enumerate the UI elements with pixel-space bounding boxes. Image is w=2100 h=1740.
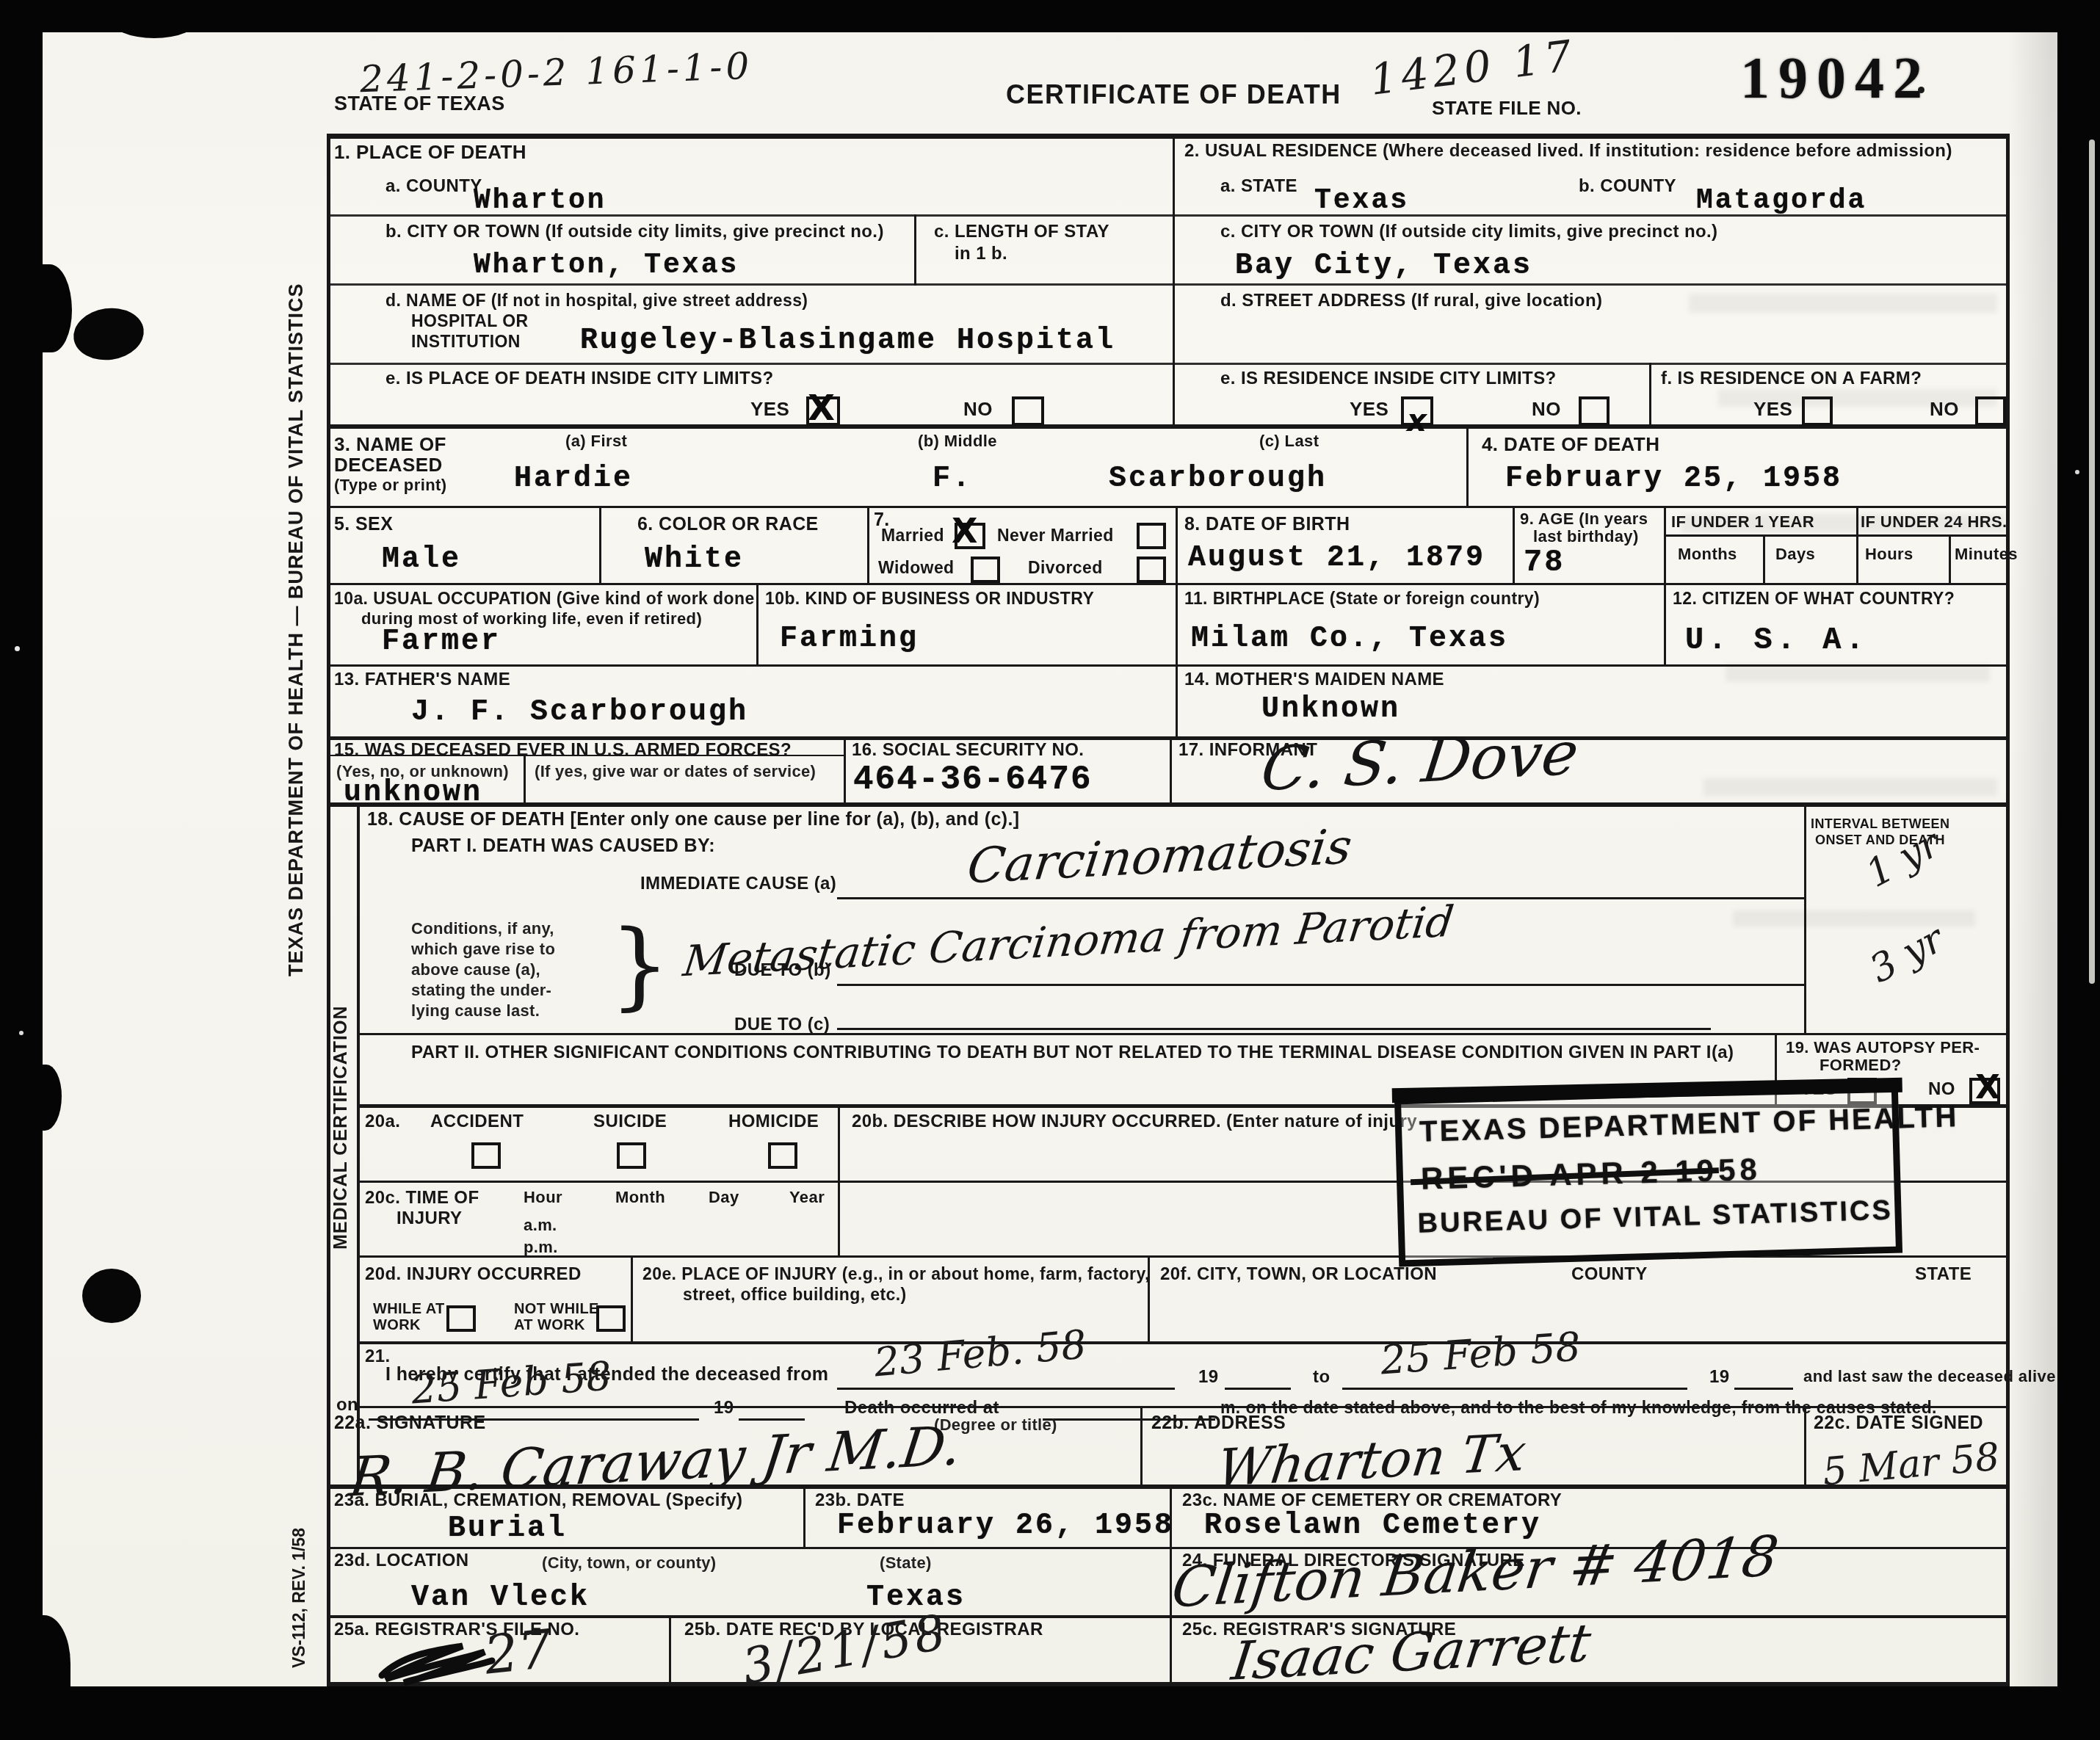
received-stamp: TEXAS DEPARTMENT OF HEALTH REC'D APR 2 1… [1394, 1084, 1902, 1266]
s4-value: February 25, 1958 [1505, 463, 1842, 496]
vline [867, 506, 869, 585]
vline [669, 1615, 671, 1684]
s15-value: unknown [344, 777, 482, 810]
s20a-accident-label: ACCIDENT [430, 1112, 524, 1132]
scan-speck [2075, 470, 2079, 474]
s21-blank3b [739, 1418, 805, 1421]
s10b-value: Farming [780, 623, 919, 656]
vline [1804, 802, 1806, 1035]
s2a-value: Texas [1314, 185, 1409, 217]
s1d-sub2: INSTITUTION [411, 332, 521, 352]
s20f-state-label: STATE [1915, 1264, 1972, 1285]
s20d-while-checkbox [446, 1305, 476, 1332]
sidebar-medical-certification-label: MEDICAL CERTIFICATION [330, 1005, 352, 1250]
s11-value: Milam Co., Texas [1191, 623, 1508, 656]
vline [1170, 1615, 1172, 1684]
sidebar-department-label: TEXAS DEPARTMENT OF HEALTH — BUREAU OF V… [285, 283, 308, 977]
s1a-label: a. COUNTY [385, 176, 482, 197]
s20e-label2: street, office building, etc.) [683, 1285, 907, 1305]
vline [1856, 506, 1858, 585]
s3-first-value: Hardie [514, 463, 633, 496]
medical-section-inner-border [357, 802, 360, 1487]
hline [327, 134, 2010, 139]
stamp-line1: TEXAS DEPARTMENT OF HEALTH [1419, 1101, 1959, 1148]
s18-conditions-brace: } [609, 909, 670, 1021]
hline [327, 506, 2008, 508]
s9-under1-label: IF UNDER 1 YEAR [1671, 512, 1814, 532]
s2f-yes-checkbox [1802, 396, 1833, 426]
s1a-value: Wharton [474, 185, 607, 217]
s20f-county-label: COUNTY [1571, 1264, 1648, 1285]
s15-label: 15. WAS DECEASED EVER IN U.S. ARMED FORC… [334, 740, 792, 761]
vline [756, 583, 758, 667]
s7-married-mark: X [952, 511, 977, 551]
s9-hours-label: Hours [1865, 545, 1913, 564]
s9-label1: 9. AGE (In years [1520, 510, 1648, 529]
s7-never-married-label: Never Married [997, 526, 1114, 545]
s20b-label: 20b. DESCRIBE HOW INJURY OCCURRED. (Ente… [852, 1112, 1417, 1132]
s7-widowed-label: Widowed [878, 558, 955, 578]
s18-part1: PART I. DEATH WAS CAUSED BY: [411, 835, 715, 857]
s1e-label: e. IS PLACE OF DEATH INSIDE CITY LIMITS? [385, 369, 773, 389]
s20a-homicide-label: HOMICIDE [728, 1112, 819, 1132]
s23b-value: February 26, 1958 [837, 1509, 1174, 1543]
s1-title: 1. PLACE OF DEATH [334, 141, 526, 164]
hline [357, 1341, 2009, 1344]
s10b-label: 10b. KIND OF BUSINESS OR INDUSTRY [765, 589, 1094, 609]
s20a-suicide-checkbox [617, 1142, 646, 1169]
scan-speck [15, 646, 20, 651]
scanned-death-certificate: 241-2-0-2 161-1-0 STATE OF TEXAS CERTIFI… [0, 0, 2100, 1740]
s2b-value: Matagorda [1696, 185, 1867, 217]
s20d-notwhile-checkbox [596, 1305, 626, 1332]
s2e-label: e. IS RESIDENCE INSIDE CITY LIMITS? [1220, 369, 1557, 389]
s2c-value: Bay City, Texas [1235, 250, 1532, 283]
s20a-accident-checkbox [471, 1142, 501, 1169]
s7-divorced-checkbox [1137, 557, 1166, 583]
vline [1513, 506, 1515, 585]
hline [327, 424, 2010, 429]
s21-blank1b [1225, 1388, 1291, 1390]
s7-never-married-checkbox [1137, 523, 1166, 549]
scan-streak [2089, 139, 2095, 984]
s3-first-label: (a) First [565, 432, 627, 451]
s22a-label: 22a. SIGNATURE [334, 1413, 486, 1434]
scan-border-top [0, 0, 2100, 32]
s22b-label: 22b. ADDRESS [1151, 1413, 1286, 1434]
s19-label2: FORMED? [1820, 1056, 1902, 1075]
bleed-through-artifact [1733, 910, 1975, 927]
scribble-strikeout-icon [374, 1639, 499, 1690]
s23d-label: 23d. LOCATION [334, 1551, 468, 1571]
vline [1649, 363, 1651, 427]
vline [914, 214, 916, 286]
vline [1804, 1406, 1806, 1487]
s15-sub2: (If yes, give war or dates of service) [535, 762, 816, 781]
s20c-day-label: Day [709, 1188, 739, 1207]
s25a-value: 27 [482, 1617, 555, 1686]
s2e-yes-label: YES [1350, 398, 1388, 421]
vline [1176, 506, 1178, 585]
s8-label: 8. DATE OF BIRTH [1184, 514, 1350, 535]
s20f-label: 20f. CITY, TOWN, OR LOCATION [1160, 1264, 1437, 1285]
s18-cond1: Conditions, if any, [411, 919, 554, 938]
s18-due-c-label: DUE TO (c) [734, 1015, 830, 1035]
vline [1170, 736, 1172, 805]
s20c-year-label: Year [789, 1188, 825, 1207]
s18-cond5: lying cause last. [411, 1001, 540, 1021]
scan-speck [19, 1031, 23, 1035]
s1b-value: Wharton, Texas [474, 250, 739, 281]
s14-label: 14. MOTHER'S MAIDEN NAME [1184, 670, 1444, 690]
hline [327, 363, 2008, 365]
s18-cond2: which gave rise to [411, 940, 555, 959]
s23d-sub2: (State) [880, 1554, 932, 1573]
s20d-notwhile2: AT WORK [514, 1317, 585, 1334]
vline [844, 736, 846, 805]
s19-no-mark: X [1975, 1069, 2000, 1106]
form-right-border [2006, 134, 2010, 1684]
s22c-label: 22c. DATE SIGNED [1814, 1413, 1983, 1434]
s4-label: 4. DATE OF DEATH [1482, 433, 1659, 456]
s1d-label: d. NAME OF (If not in hospital, give str… [385, 291, 808, 311]
scan-blob [110, 0, 198, 38]
s20c-month-label: Month [615, 1188, 665, 1207]
s1e-yes-label: YES [750, 398, 789, 421]
s16-label: 16. SOCIAL SECURITY NO. [852, 740, 1084, 761]
sidebar-form-number: VS-112, REV. 1/58 [289, 1528, 309, 1668]
s5-value: Male [382, 543, 461, 576]
s3-middle-value: F. [933, 463, 972, 496]
scan-speck [1918, 87, 1925, 93]
s21-year2: 19 [1709, 1367, 1730, 1388]
s2f-no-checkbox [1975, 396, 2006, 426]
s18-cond4: stating the under- [411, 981, 551, 1000]
s20e-label1: 20e. PLACE OF INJURY (e.g., in or about … [642, 1264, 1150, 1284]
hline [357, 1033, 2009, 1035]
s11-label: 11. BIRTHPLACE (State or foreign country… [1184, 589, 1540, 609]
vline [524, 755, 526, 805]
s2d-label: d. STREET ADDRESS (If rural, give locati… [1220, 291, 1602, 311]
s1e-no-label: NO [963, 398, 993, 421]
vline [1176, 583, 1178, 667]
vline [599, 506, 601, 585]
s2e-no-label: NO [1532, 398, 1561, 421]
s7-divorced-label: Divorced [1028, 558, 1103, 578]
s21-year3: 19 [714, 1398, 734, 1418]
vline [631, 1255, 633, 1344]
s9-days-label: Days [1775, 545, 1815, 564]
s2f-label: f. IS RESIDENCE ON A FARM? [1661, 369, 1922, 389]
stamp-line3: BUREAU OF VITAL STATISTICS [1417, 1195, 1893, 1240]
s1d-sub1: HOSPITAL OR [411, 311, 528, 331]
vline [1763, 534, 1765, 585]
hline [1664, 534, 2006, 537]
paper-edge-shadow [2008, 32, 2060, 1686]
s7-widowed-checkbox [971, 557, 1000, 583]
punch-hole-mark [82, 1269, 141, 1323]
s16-value: 464-36-6476 [853, 761, 1093, 799]
vline [1949, 534, 1951, 585]
s14-value: Unknown [1261, 693, 1400, 726]
s19-label1: 19. WAS AUTOPSY PER- [1786, 1038, 1980, 1057]
s20a-label: 20a. [365, 1112, 400, 1132]
s21-blank2b [1734, 1388, 1793, 1390]
s20a-suicide-label: SUICIDE [593, 1112, 667, 1132]
s12-label: 12. CITIZEN OF WHAT COUNTRY? [1673, 589, 1955, 609]
s9-minutes-label: Minutes [1955, 545, 2018, 564]
bleed-through-artifact [1689, 294, 1997, 313]
s13-label: 13. FATHER'S NAME [334, 670, 510, 690]
s3-title2: DECEASED [334, 454, 443, 476]
s21-blank1 [837, 1388, 1175, 1390]
s19-no-label: NO [1928, 1079, 1955, 1100]
s21-certify-text2: and last saw the deceased alive [1803, 1367, 2056, 1386]
bleed-through-artifact [1703, 778, 1997, 796]
s23d-city-value: Van Vleck [411, 1581, 590, 1614]
cause-a-underline [837, 897, 1804, 899]
s2f-no-label: NO [1930, 398, 1959, 421]
s1c-label: c. LENGTH OF STAY [934, 222, 1109, 242]
state-file-no-label: STATE FILE NO. [1432, 97, 1582, 120]
s13-value: J. F. Scarborough [411, 696, 748, 729]
s18-immediate-cause-label: IMMEDIATE CAUSE (a) [640, 874, 836, 894]
s3-title3: (Type or print) [334, 476, 446, 495]
s1e-yes-mark: X [808, 388, 835, 429]
s2c-label: c. CITY OR TOWN (If outside city limits,… [1220, 222, 1717, 242]
vline [1664, 583, 1666, 667]
s20c-am-label: a.m. [524, 1216, 557, 1235]
s20d-notwhile1: NOT WHILE [514, 1301, 599, 1318]
s3-title1: 3. NAME OF [334, 433, 446, 456]
s2b-label: b. COUNTY [1579, 176, 1676, 197]
vline [1466, 424, 1469, 508]
s21-year1: 19 [1198, 1367, 1219, 1388]
hline [327, 283, 2008, 286]
s1e-no-checkbox [1012, 396, 1044, 426]
s23b-label: 23b. DATE [815, 1490, 905, 1511]
s1c-sub: in 1 b. [955, 244, 1007, 264]
scan-blob [29, 264, 72, 352]
certificate-number-stamp: 19042 [1740, 46, 1931, 112]
s1d-value: Rugeley-Blasingame Hospital [580, 325, 1115, 358]
s20d-label: 20d. INJURY OCCURRED [365, 1264, 582, 1285]
vline [1173, 134, 1175, 427]
s20c-hour-label: Hour [524, 1188, 562, 1207]
vline [803, 1485, 805, 1549]
s21-to: to [1313, 1367, 1330, 1388]
s6-value: White [645, 543, 744, 576]
s23a-value: Burial [448, 1512, 567, 1545]
s20a-homicide-checkbox [768, 1142, 797, 1169]
s3-last-value: Scarborough [1109, 463, 1327, 496]
s7-married-label: Married [881, 526, 944, 545]
form-left-border [327, 134, 330, 1684]
s20c-label2: INJURY [397, 1208, 463, 1229]
s9-months-label: Months [1678, 545, 1737, 564]
vline [838, 1104, 840, 1258]
hline [327, 583, 2008, 585]
vline [1664, 506, 1666, 585]
s18-part2: PART II. OTHER SIGNIFICANT CONDITIONS CO… [411, 1043, 1734, 1063]
s21-blank2 [1342, 1388, 1687, 1390]
s20c-pm-label: p.m. [524, 1238, 558, 1257]
s20d-while1: WHILE AT [373, 1301, 445, 1318]
s2a-label: a. STATE [1220, 176, 1297, 197]
scan-border-bottom [0, 1686, 2100, 1740]
s2f-yes-label: YES [1753, 398, 1792, 421]
cause-b-underline [837, 984, 1804, 986]
s20c-label1: 20c. TIME OF [365, 1188, 479, 1208]
scan-border-left [0, 0, 43, 1740]
hline [327, 664, 2008, 667]
s9-label2: last birthday) [1533, 527, 1639, 546]
certificate-title: CERTIFICATE OF DEATH [1006, 79, 1342, 110]
s3-middle-label: (b) Middle [918, 432, 997, 451]
s2e-no-checkbox [1579, 396, 1610, 426]
bleed-through-artifact [1726, 664, 1990, 682]
s18-cond3: above cause (a), [411, 960, 540, 979]
s10a-value: Farmer [382, 626, 501, 659]
s6-label: 6. COLOR OR RACE [637, 514, 819, 535]
s1b-label: b. CITY OR TOWN (If outside city limits,… [385, 222, 884, 242]
s3-last-label: (c) Last [1259, 432, 1319, 451]
vline [1176, 664, 1178, 739]
s18-title: 18. CAUSE OF DEATH [Enter only one cause… [367, 809, 1020, 830]
s9-under24-label: IF UNDER 24 HRS. [1861, 512, 2007, 532]
s2e-yes-mark: x [1407, 402, 1427, 438]
s9-value: 78 [1524, 545, 1565, 580]
s10a-label1: 10a. USUAL OCCUPATION (Give kind of work… [334, 589, 755, 609]
s20d-while2: WORK [373, 1317, 421, 1334]
s2-title: 2. USUAL RESIDENCE (Where deceased lived… [1184, 141, 1952, 162]
s5-label: 5. SEX [334, 514, 393, 535]
s12-value: U. S. A. [1685, 623, 1869, 658]
s8-value: August 21, 1879 [1188, 542, 1485, 575]
s23d-sub1: (City, town, or county) [542, 1554, 716, 1573]
hline [327, 802, 2010, 807]
cause-c-underline [837, 1028, 1711, 1030]
hline [327, 1615, 2008, 1618]
